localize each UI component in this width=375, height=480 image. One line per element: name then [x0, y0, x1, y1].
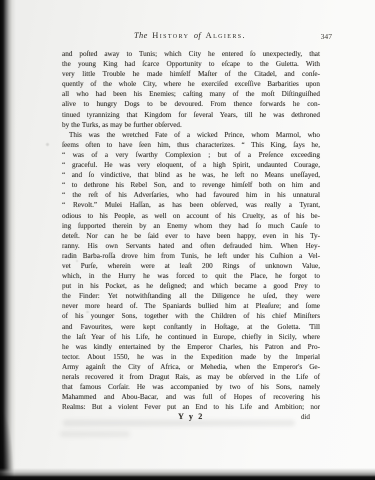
paper-speck	[76, 260, 78, 262]
text-line: nerals recovered it from Dragut Rais, as…	[62, 372, 320, 382]
text-line: very little Trouble he made himſelf Maſt…	[62, 69, 320, 79]
running-title-history: History	[152, 31, 189, 40]
text-line: “ Revolt.” Mulei Haſſan, as has been obſ…	[62, 200, 320, 210]
text-line: “ and ſo vindictive, that blind as he wa…	[62, 170, 320, 180]
text-line: “ to dethrone his Rebel Son, and to reve…	[62, 180, 320, 190]
text-line: Realms: But a violent Fever put an End t…	[62, 402, 320, 412]
text-line: that famous Corſair. He was accompanied …	[62, 382, 320, 392]
text-line: Army againſt the City of Africa, or Mehe…	[62, 362, 320, 372]
text-line: “ the reſt of his Adverſaries, who had f…	[62, 190, 320, 200]
book-edge-corner	[0, 410, 14, 480]
running-title-the: The	[134, 31, 148, 40]
text-line: which, in the Hurry he was forced to qui…	[62, 271, 320, 281]
text-line: the Finder: Yet notwithſtanding all the …	[62, 291, 320, 301]
text-line: never more heard of. The Spaniards bulli…	[62, 301, 320, 311]
text-line: radin Barba-roſſa drove him from Tunis, …	[62, 251, 320, 261]
text-line: put in his Pocket, as he deſigned; and w…	[62, 281, 320, 291]
text-line: and poſted away to Tunis; which City he …	[62, 49, 320, 59]
text-line: alive to hungry Dogs to be devoured. Fro…	[62, 99, 320, 109]
page-header: The History of Algiers. 347	[62, 31, 320, 44]
showthrough-ghost	[63, 420, 295, 426]
text-line: This was the wretched Fate of a wicked P…	[62, 130, 320, 140]
text-line: ranny. His own Servants hated and often …	[62, 241, 320, 251]
text-line: all who had been his Enemies; caſting ma…	[62, 89, 320, 99]
text-line: ing ſupported therein by an Enemy whom t…	[62, 221, 320, 231]
text-line: “ graceful. He was very eloquent, of a h…	[62, 160, 320, 170]
scanned-book-page: The History of Algiers. 347 and poſted a…	[0, 0, 375, 480]
text-line: of his younger Sons, together with the C…	[62, 311, 320, 321]
text-line: vet Purſe, wherein were at leaſt 200 Rin…	[62, 261, 320, 271]
text-line: by the Turks, as may be further obſerved…	[62, 120, 320, 130]
text-line: “ was of a very ſwarthy Complexion ; but…	[62, 150, 320, 160]
text-line: tinued tyrannizing that Kingdom for ſeve…	[62, 110, 320, 120]
paper-speck	[46, 143, 49, 146]
text-line: he was kindly entertained by the Emperor…	[62, 342, 320, 352]
text-line: Mahammed and Abou-Bacar, and was full of…	[62, 392, 320, 402]
text-line: ſeems often to have ſeen him, thus chara…	[62, 140, 320, 150]
paper-speck	[86, 311, 89, 313]
text-block: and poſted away to Tunis; which City he …	[62, 49, 320, 412]
text-line: odious to his People, as well on account…	[62, 211, 320, 221]
showthrough-ghost	[60, 431, 130, 437]
page-number: 347	[321, 32, 332, 41]
running-title: The History of Algiers.	[62, 31, 320, 40]
text-line: deteſt. Nor can he be ſaid ever to have …	[62, 231, 320, 241]
catchword: did	[301, 413, 310, 421]
running-title-of: of	[194, 31, 201, 40]
text-line: the laſt Year of his Life, he continued …	[62, 332, 320, 342]
text-line: and Favourites, were kept conſtantly in …	[62, 322, 320, 332]
text-line: tector. About 1550, he was in the Expedi…	[62, 352, 320, 362]
book-edge-left	[0, 0, 16, 480]
book-edge-bottom	[0, 468, 375, 480]
text-line: quently of the whole City, where he exer…	[62, 79, 320, 89]
text-line: the young King had ſcarce Opportunity to…	[62, 59, 320, 69]
running-title-algiers: Algiers.	[206, 31, 246, 40]
